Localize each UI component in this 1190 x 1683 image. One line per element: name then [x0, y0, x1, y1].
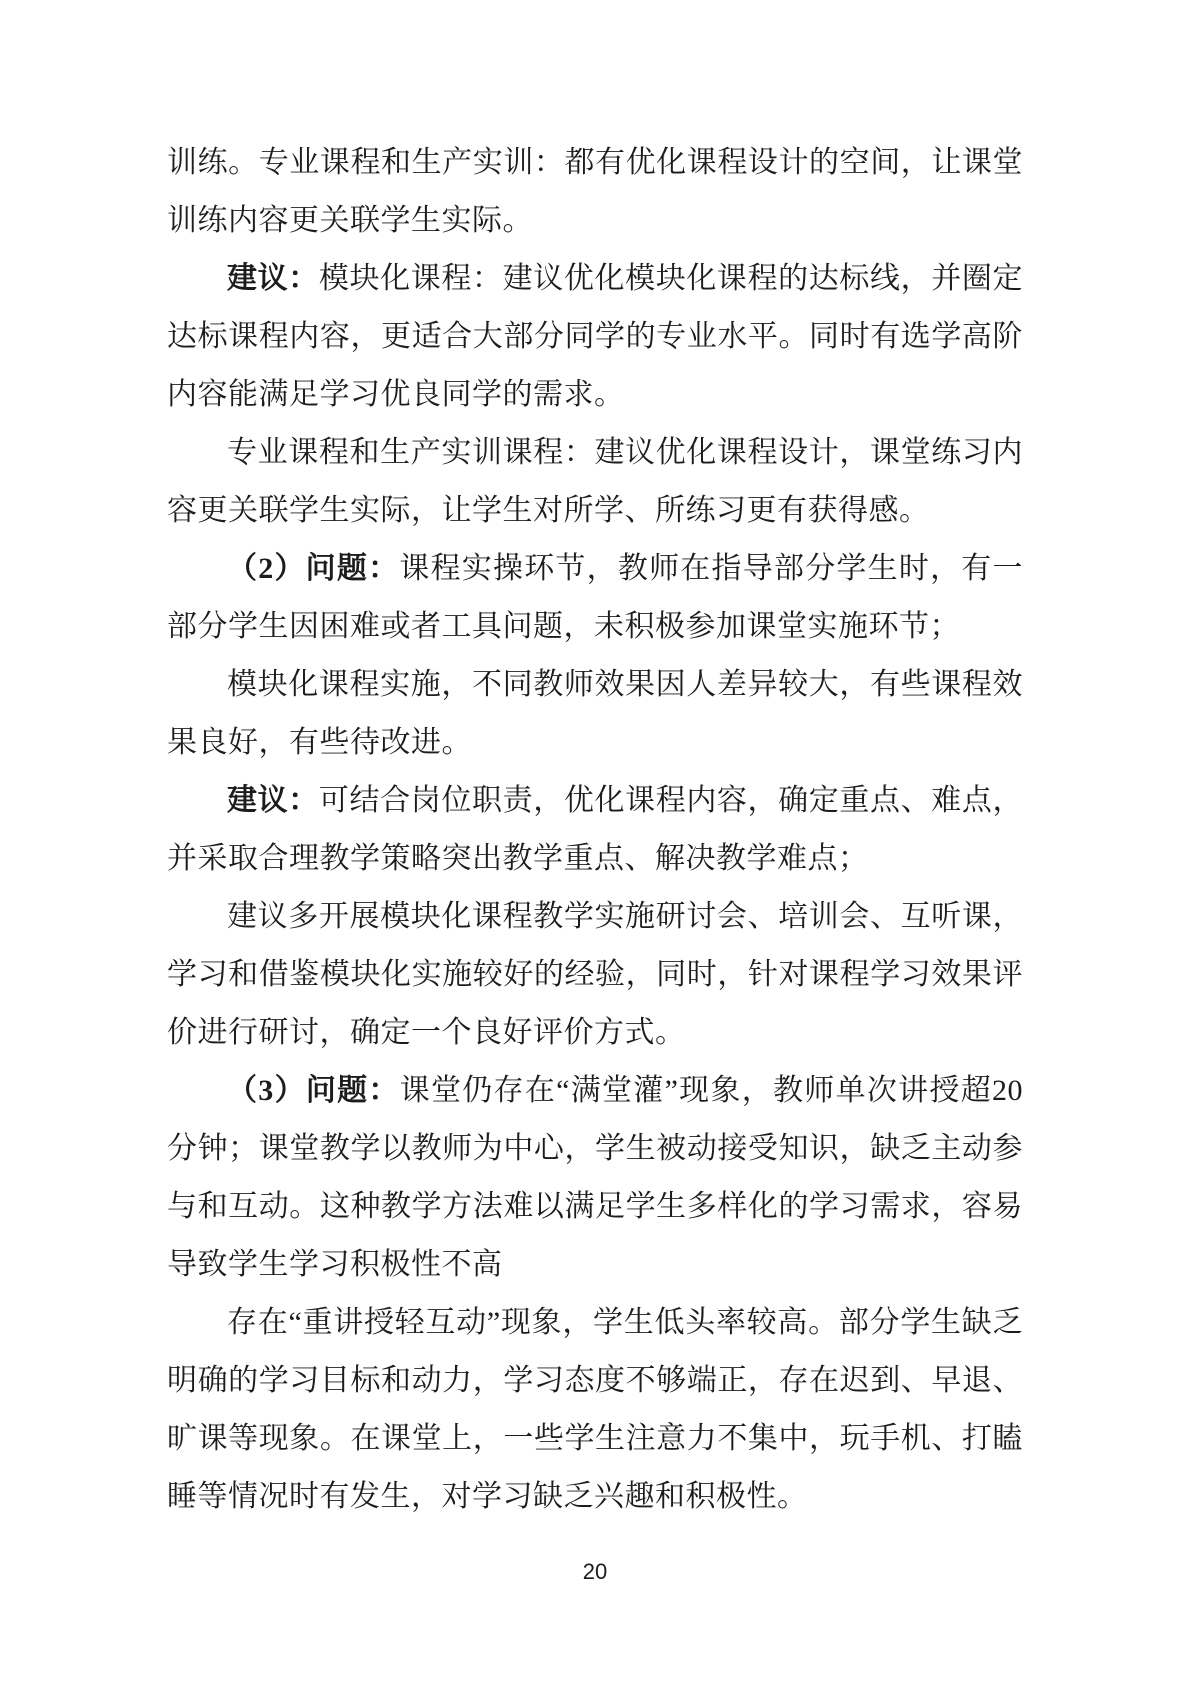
paragraph-lead: 建议： — [227, 784, 319, 817]
paragraph-text: 模块化课程实施，不同教师效果因人差异较大，有些课程效果良好，有些待改进。 — [167, 668, 1023, 759]
text-block: 训练。专业课程和生产实训：都有优化课程设计的空间，让课堂训练内容更关联学生实际。… — [167, 134, 1023, 1526]
page-number: 20 — [0, 1557, 1190, 1587]
paragraph: （2）问题：课程实操环节，教师在指导部分学生时，有一部分学生因困难或者工具问题，… — [167, 540, 1023, 656]
paragraph: 训练。专业课程和生产实训：都有优化课程设计的空间，让课堂训练内容更关联学生实际。 — [167, 134, 1023, 250]
paragraph: （3）问题：课堂仍存在“满堂灌”现象，教师单次讲授超20分钟；课堂教学以教师为中… — [167, 1062, 1023, 1294]
paragraph: 专业课程和生产实训课程：建议优化课程设计，课堂练习内容更关联学生实际，让学生对所… — [167, 424, 1023, 540]
paragraph: 模块化课程实施，不同教师效果因人差异较大，有些课程效果良好，有些待改进。 — [167, 656, 1023, 772]
paragraph: 建议：模块化课程：建议优化模块化课程的达标线，并圈定达标课程内容，更适合大部分同… — [167, 250, 1023, 424]
paragraph-text: 存在“重讲授轻互动”现象，学生低头率较高。部分学生缺乏明确的学习目标和动力，学习… — [167, 1306, 1023, 1513]
document-page: 训练。专业课程和生产实训：都有优化课程设计的空间，让课堂训练内容更关联学生实际。… — [0, 0, 1190, 1683]
paragraph-text: 训练。专业课程和生产实训：都有优化课程设计的空间，让课堂训练内容更关联学生实际。 — [167, 146, 1023, 237]
paragraph-lead: 建议： — [227, 262, 319, 295]
paragraph-lead: （2）问题： — [227, 552, 399, 585]
paragraph-text: 建议多开展模块化课程教学实施研讨会、培训会、互听课，学习和借鉴模块化实施较好的经… — [167, 900, 1023, 1049]
paragraph-lead: （3）问题： — [227, 1074, 400, 1107]
paragraph: 建议：可结合岗位职责，优化课程内容，确定重点、难点，并采取合理教学策略突出教学重… — [167, 772, 1023, 888]
paragraph: 建议多开展模块化课程教学实施研讨会、培训会、互听课，学习和借鉴模块化实施较好的经… — [167, 888, 1023, 1062]
paragraph: 存在“重讲授轻互动”现象，学生低头率较高。部分学生缺乏明确的学习目标和动力，学习… — [167, 1294, 1023, 1526]
paragraph-text: 专业课程和生产实训课程：建议优化课程设计，课堂练习内容更关联学生实际，让学生对所… — [167, 436, 1023, 527]
